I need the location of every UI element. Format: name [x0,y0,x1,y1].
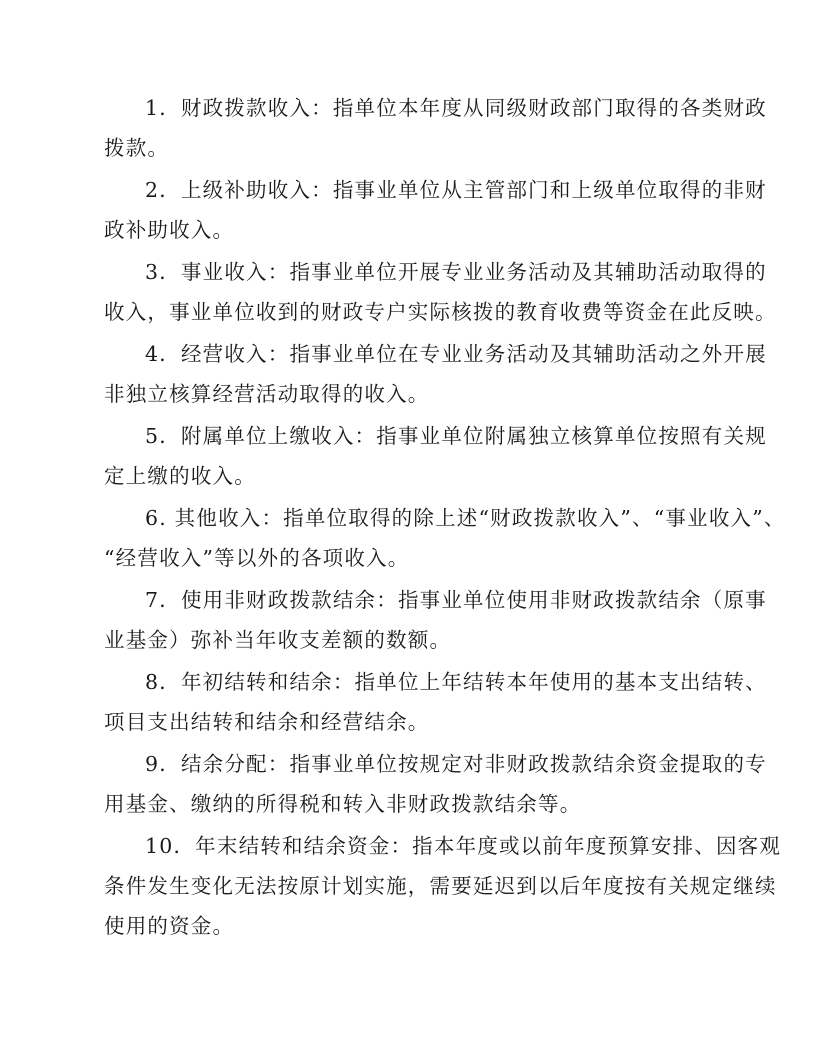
text-line: 3．事业收入：指事业单位开展专业业务活动及其辅助活动取得的 [145,252,767,292]
text-line: 项目支出结转和结余和经营结余。 [104,702,430,742]
text-line: 业基金）弥补当年收支差额的数额。 [104,620,451,660]
text-line: 7．使用非财政拨款结余：指事业单位使用非财政拨款结余（原事 [145,580,767,620]
text-line: 10．年末结转和结余资金：指本年度或以前年度预算安排、因客观 [145,826,781,866]
text-line: “经营收入”等以外的各项收入。 [104,538,409,578]
text-line: 定上缴的收入。 [104,456,256,496]
text-line: 使用的资金。 [104,906,234,946]
text-line: 条件发生变化无法按原计划实施，需要延迟到以后年度按有关规定继续 [104,866,777,906]
text-line: 非独立核算经营活动取得的收入。 [104,374,430,414]
text-line: 2．上级补助收入：指事业单位从主管部门和上级单位取得的非财 [145,170,767,210]
text-line: 4．经营收入：指事业单位在专业业务活动及其辅助活动之外开展 [145,334,767,374]
text-line: 9．结余分配：指事业单位按规定对非财政拨款结余资金提取的专 [145,744,767,784]
text-line: 6. 其他收入：指单位取得的除上述“财政拨款收入”、“事业收入”、 [145,498,786,538]
text-line: 1．财政拨款收入：指单位本年度从同级财政部门取得的各类财政 [145,88,767,128]
text-line: 收入，事业单位收到的财政专户实际核拨的教育收费等资金在此反映。 [104,292,777,332]
text-line: 8．年初结转和结余：指单位上年结转本年使用的基本支出结转、 [145,662,767,702]
text-line: 5．附属单位上缴收入：指事业单位附属独立核算单位按照有关规 [145,416,767,456]
text-line: 政补助收入。 [104,210,234,250]
text-line: 用基金、缴纳的所得税和转入非财政拨款结余等。 [104,784,581,824]
text-line: 拨款。 [104,128,169,168]
